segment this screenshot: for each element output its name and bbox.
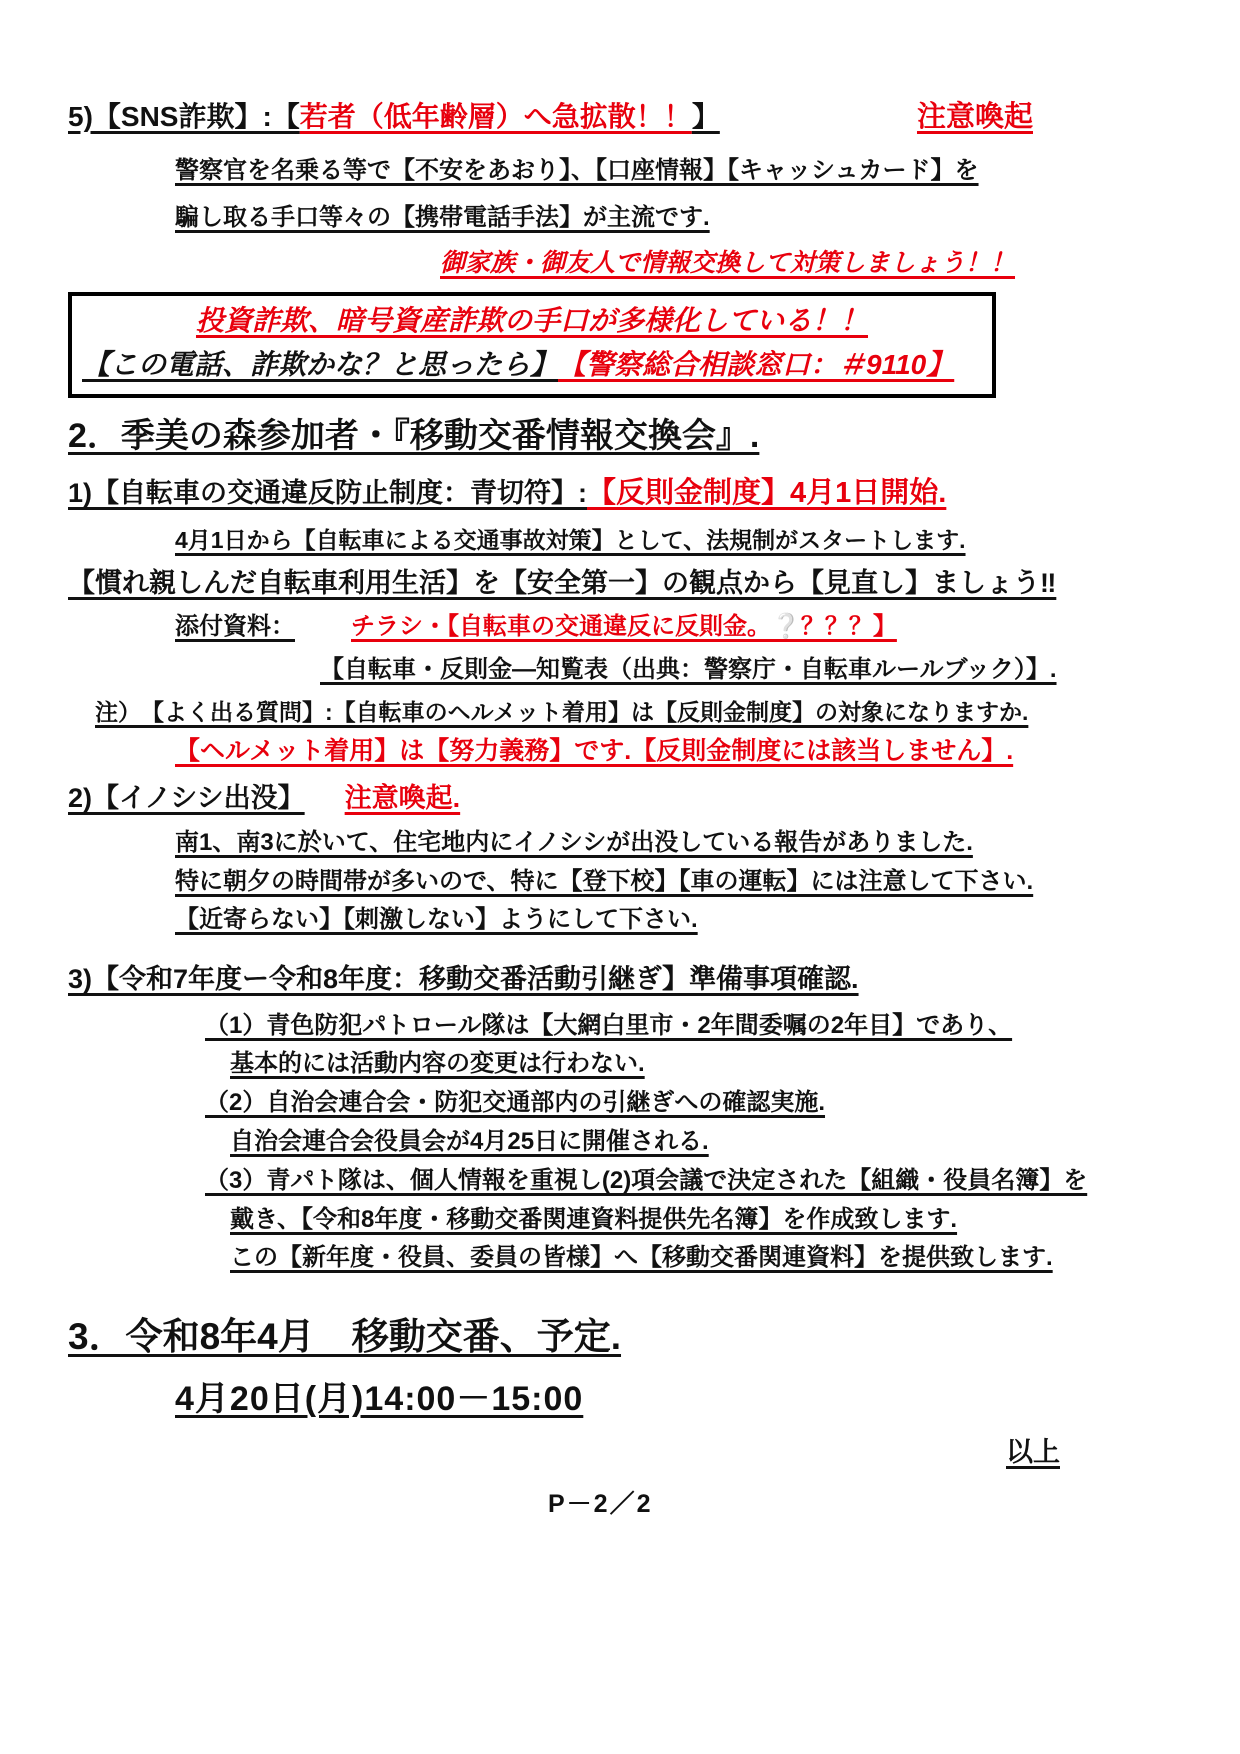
faq-answer-line: 【ヘルメット着用】は【努力義務】です.【反則金制度には該当しません】. <box>175 736 1240 766</box>
sns-detail-line-1: 警察官を名乗る等で【不安をあおり】、【口座情報】【キャッシュカード】を <box>175 157 1240 186</box>
sns-heading-suffix: 】 <box>692 101 720 132</box>
page-number: P－2／2 <box>548 1489 1240 1519</box>
police-hotline-number: 【警察総合相談窓口：＃9110】 <box>558 348 954 382</box>
boar-line-1: 南1、南3に於いて、住宅地内にイノシシが出没している報告がありました. <box>175 829 1240 858</box>
bicycle-rule-heading: 1)【自転車の交通違反防止制度：青切符】:【反則金制度】4月1日開始. <box>68 476 1240 511</box>
handover-heading: 3)【令和7年度ー令和8年度：移動交番活動引継ぎ】準備事項確認. <box>68 963 1240 995</box>
boar-line-3: 【近寄らない】【刺激しない】ようにして下さい. <box>175 906 1240 935</box>
sns-heading-highlight: 若者（低年齢層）へ急拡散！！ <box>300 101 692 132</box>
sns-heading-prefix: 5)【SNS詐欺】:【 <box>68 101 300 132</box>
attachment-line: 添付資料：チラシ・【自転車の交通違反に反則金。❔？？？】 <box>175 613 1240 642</box>
attachment-flyer-title: チラシ・【自転車の交通違反に反則金。❔？？？】 <box>351 613 897 640</box>
family-callout: 御家族・御友人で情報交換して対策しましょう！！ <box>440 248 1240 278</box>
fraud-box-headline: 投資詐欺、暗号資産詐欺の手口が多様化している！！ <box>82 304 982 338</box>
boar-heading-black: 2)【イノシシ出没】 <box>68 783 305 813</box>
faq-question-line: 注） 【よく出る質問】:【自転車のヘルメット着用】は【反則金制度】の対象になりま… <box>95 699 1240 727</box>
handover-sub3c: この【新年度・役員、委員の皆様】へ【移動交番関連資料】を提供致します. <box>230 1244 1240 1273</box>
bicycle-rule-heading-red: 【反則金制度】4月1日開始. <box>587 477 946 509</box>
sns-fraud-heading: 5)【SNS詐欺】:【若者（低年齢層）へ急拡散！！】 注意喚起 <box>68 100 1033 135</box>
schedule-line: 4月20日(月)14:00－15:00 <box>175 1379 1240 1420</box>
handover-sub3a: （3）青パト隊は、個人情報を重視し(2)項会議で決定された【組織・役員名簿】を <box>205 1167 1240 1196</box>
boar-heading-alert: 注意喚起. <box>345 783 461 813</box>
sns-detail-line-2: 騙し取る手口等々の【携帯電話手法】が主流です. <box>175 204 1240 233</box>
handover-sub3b: 戴き、【令和8年度・移動交番関連資料提供先名簿】を作成致します. <box>230 1206 1240 1235</box>
boar-heading: 2)【イノシシ出没】注意喚起. <box>68 782 1240 814</box>
handover-sub2a: （2）自治会連合会・防犯交通部内の引継ぎへの確認実施. <box>205 1089 1240 1118</box>
handover-sub2b: 自治会連合会役員会が4月25日に開催される. <box>230 1128 1240 1157</box>
handover-sub1b: 基本的には活動内容の変更は行わない. <box>230 1050 1240 1079</box>
bicycle-line-2: 【慣れ親しんだ自転車利用生活】を【安全第一】の観点から【見直し】ましょう‼ <box>68 567 1240 599</box>
handover-sub1a: （1）青色防犯パトロール隊は【大網白里市・2年間委嘱の2年目】であり、 <box>205 1012 1240 1041</box>
attachment-table-title: 【自転車・反則金—知覧表（出典：警察庁・自転車ルールブック）】. <box>320 656 1240 685</box>
section2-title: 2．季美の森参加者・『移動交番情報交換会』. <box>68 416 1240 457</box>
bicycle-rule-heading-black: 1)【自転車の交通違反防止制度：青切符】: <box>68 478 587 508</box>
closing-label: 以上 <box>68 1436 1060 1468</box>
fraud-box-question: 【この電話、詐欺かな？と思ったら】 <box>82 348 558 382</box>
fraud-box-contact-line: 【この電話、詐欺かな？と思ったら】 【警察総合相談窓口：＃9110】 <box>82 348 982 382</box>
sns-heading-text: 5)【SNS詐欺】:【若者（低年齢層）へ急拡散！！】 <box>68 100 720 135</box>
fraud-consultation-box: 投資詐欺、暗号資産詐欺の手口が多様化している！！ 【この電話、詐欺かな？と思った… <box>68 292 996 397</box>
attachment-label: 添付資料： <box>175 613 295 640</box>
section3-title: 3．令和8年4月 移動交番、予定. <box>68 1315 1240 1359</box>
attention-alert-label: 注意喚起 <box>917 100 1033 135</box>
document-page: 5)【SNS詐欺】:【若者（低年齢層）へ急拡散！！】 注意喚起 警察官を名乗る等… <box>0 0 1240 1754</box>
boar-line-2: 特に朝夕の時間帯が多いので、特に【登下校】【車の運転】には注意して下さい. <box>175 868 1240 897</box>
bicycle-line-1: 4月1日から【自転車による交通事故対策】として、法規制がスタートします. <box>175 527 1240 555</box>
